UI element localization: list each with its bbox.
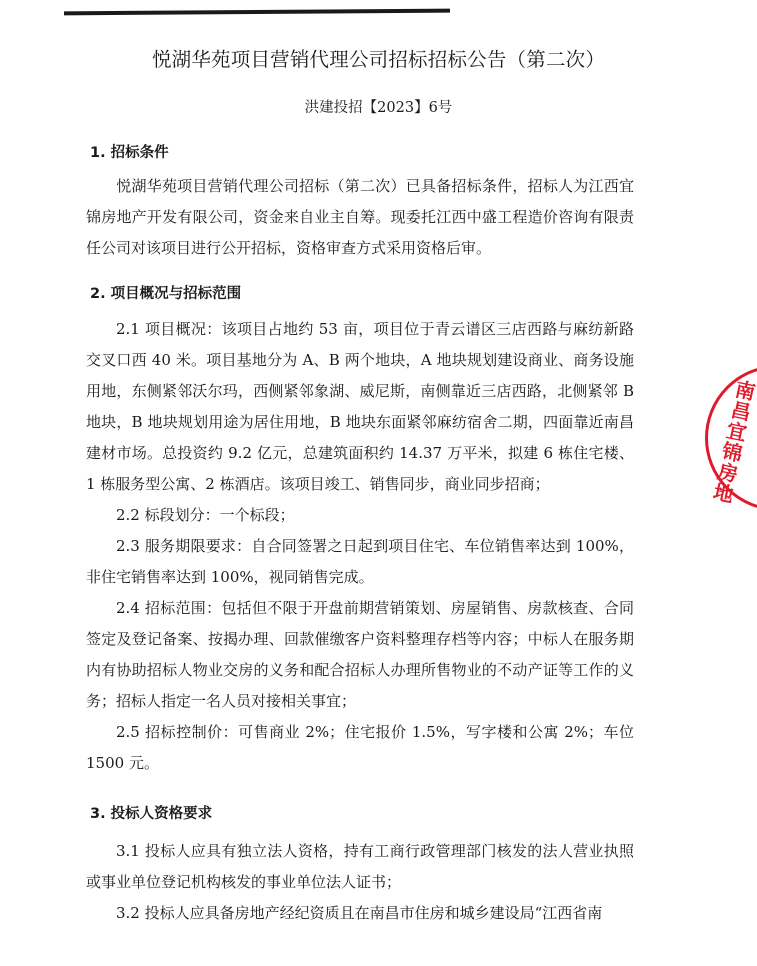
section-heading-1: 1. 招标条件 <box>90 141 169 162</box>
section-1-paragraph: 悦湖华苑项目营销代理公司招标（第二次）已具备招标条件，招标人为江西宜锦房地产开发… <box>86 171 634 264</box>
section-heading-3: 3. 投标人资格要求 <box>90 802 212 823</box>
section-heading-2: 2. 项目概况与招标范围 <box>90 282 241 303</box>
header-rule <box>64 9 450 16</box>
section-2-1-paragraph: 2.1 项目概况：该项目占地约 53 亩，项目位于青云谱区三店西路与麻纺新路交叉… <box>86 314 634 500</box>
section-3-2-paragraph: 3.2 投标人应具备房地产经纪资质且在南昌市住房和城乡建设局“江西省南 <box>86 898 634 929</box>
document-number: 洪建投招【2023】6号 <box>0 96 757 117</box>
section-2-5-paragraph: 2.5 招标控制价：可售商业 2%；住宅报价 1.5%，写字楼和公寓 2%；车位… <box>86 717 634 779</box>
section-2-3-paragraph: 2.3 服务期限要求：自合同签署之日起到项目住宅、车位销售率达到 100%，非住… <box>86 531 634 593</box>
document-title: 悦湖华苑项目营销代理公司招标招标公告（第二次） <box>0 44 757 72</box>
section-2-4-paragraph: 2.4 招标范围：包括但不限于开盘前期营销策划、房屋销售、房款核查、合同签定及登… <box>86 593 634 717</box>
section-2-2-paragraph: 2.2 标段划分：一个标段； <box>86 500 634 531</box>
section-3-1-paragraph: 3.1 投标人应具有独立法人资格，持有工商行政管理部门核发的法人营业执照或事业单… <box>86 836 634 898</box>
